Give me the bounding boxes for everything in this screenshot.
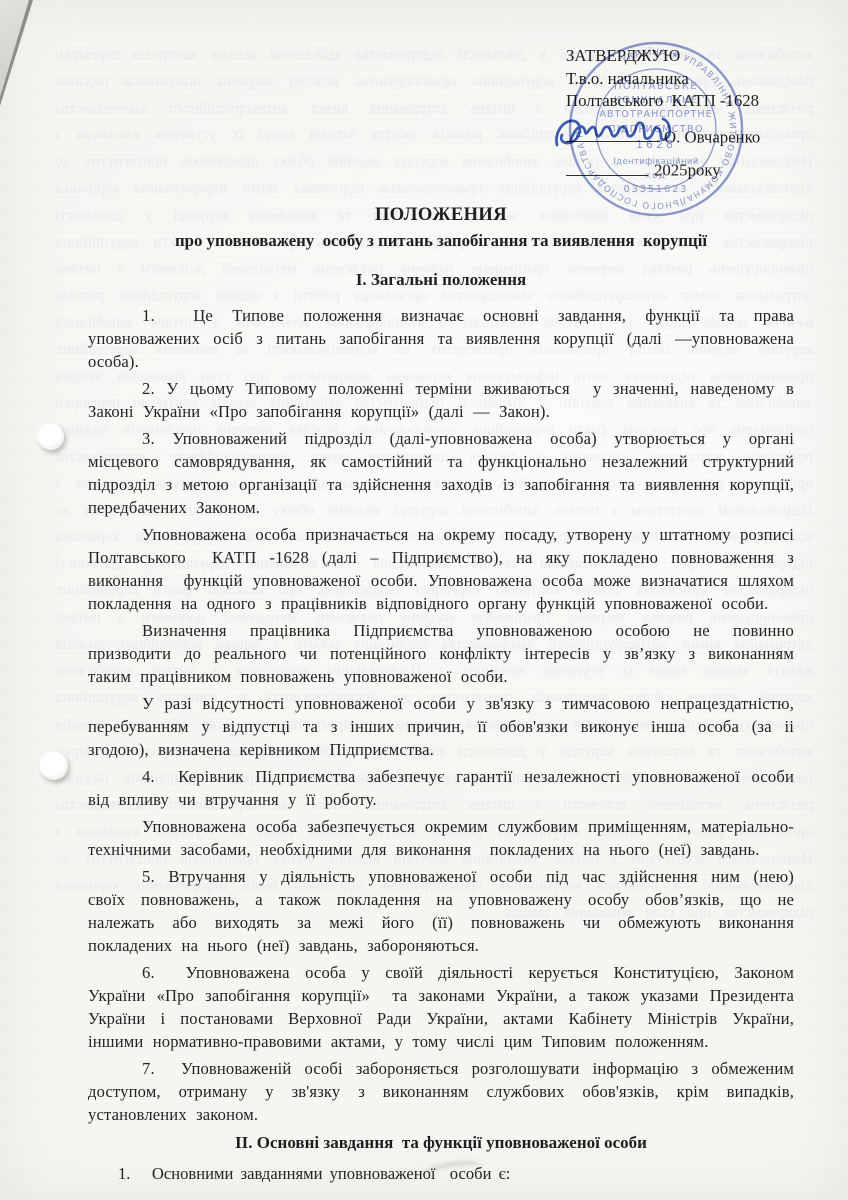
hole-punch-top xyxy=(38,424,64,450)
paragraph: Уповноважена особа забезпечується окреми… xyxy=(88,815,794,861)
paragraph: 5. Втручання у діяльність уповноваженої … xyxy=(88,865,794,957)
paragraph: 6. Уповноважена особа у своїй діяльності… xyxy=(88,961,794,1053)
section-1-text: 1. Це Типове положення визначає основні … xyxy=(88,304,794,1126)
section-2-heading: ІІ. Основні завдання та функції уповнова… xyxy=(88,1132,794,1154)
document-body: ПОЛОЖЕНИЯ про уповноважену особу з питан… xyxy=(88,203,794,1185)
section-2-item-1: 1. Основними завданнями уповноваженої ос… xyxy=(88,1162,794,1185)
document-subtitle: про уповноважену особу з питань запобіга… xyxy=(88,230,794,252)
signature-scribble xyxy=(550,108,682,160)
paragraph: 2. У цьому Типовому положенні терміни вж… xyxy=(88,377,794,423)
hole-punch-bottom xyxy=(40,752,68,780)
stamp-line: ПОЛТАВСЬКЕ xyxy=(614,81,698,92)
paragraph: 7. Уповноваженій особі забороняється роз… xyxy=(88,1057,794,1126)
document-page: запобігання та виявлення корупції у діял… xyxy=(0,0,848,1200)
stamp-line: 03351623 xyxy=(624,184,689,195)
paragraph: 1. Це Типове положення визначає основні … xyxy=(88,304,794,373)
paragraph: 3. Уповноважений підрозділ (далі-уповнов… xyxy=(88,427,794,519)
section-1-heading: І. Загальні положення xyxy=(88,269,794,291)
paragraph: У разі відсутності уповноваженої особи у… xyxy=(88,692,794,761)
paragraph: 4. Керівник Підприємства забезпечує гара… xyxy=(88,765,794,811)
paragraph: Визначення працівника Підприємства уповн… xyxy=(88,619,794,688)
stamp-line: КОМУНАЛЬНЕ xyxy=(614,95,698,106)
stamp-line: код xyxy=(646,170,667,180)
paragraph: Уповноважена особа призначається на окре… xyxy=(88,523,794,615)
corner-fold xyxy=(0,0,29,97)
